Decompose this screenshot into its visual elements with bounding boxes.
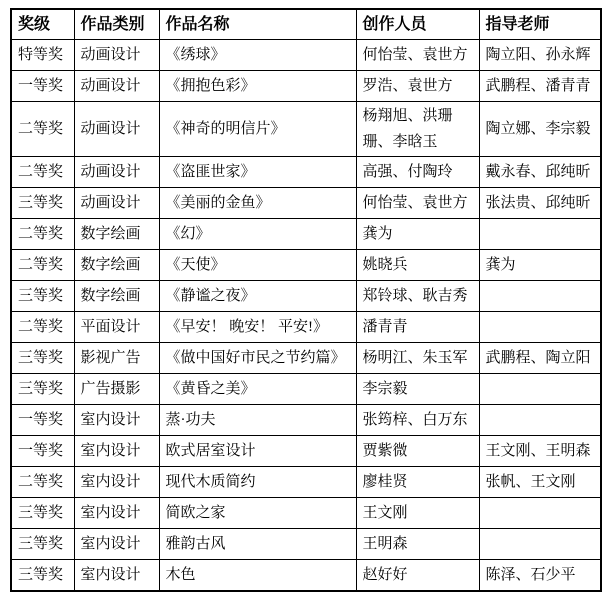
cell-advisors: 张帆、王文刚 <box>479 467 601 498</box>
table-row: 一等奖室内设计欧式居室设计贾紫微王文刚、王明森 <box>11 436 601 467</box>
cell-work-title: 雅韵古风 <box>159 529 356 560</box>
cell-advisors <box>479 374 601 405</box>
cell-creators: 杨翔旭、洪珊珊、李晗玉 <box>356 102 479 157</box>
awards-table-body: 特等奖动画设计《绣球》何怡莹、袁世方陶立阳、孙永辉一等奖动画设计《拥抱色彩》罗浩… <box>11 40 601 592</box>
cell-category: 动画设计 <box>74 157 159 188</box>
cell-category: 影视广告 <box>74 343 159 374</box>
cell-award-level: 三等奖 <box>11 281 74 312</box>
cell-award-level: 一等奖 <box>11 71 74 102</box>
awards-table: 奖级 作品类别 作品名称 创作人员 指导老师 特等奖动画设计《绣球》何怡莹、袁世… <box>10 8 602 592</box>
cell-work-title: 《绣球》 <box>159 40 356 71</box>
cell-category: 室内设计 <box>74 467 159 498</box>
cell-award-level: 二等奖 <box>11 467 74 498</box>
table-row: 三等奖影视广告《做中国好市民之节约篇》杨明江、朱玉军武鹏程、陶立阳 <box>11 343 601 374</box>
cell-award-level: 二等奖 <box>11 312 74 343</box>
table-row: 三等奖动画设计《美丽的金鱼》何怡莹、袁世方张法贵、邱纯昕 <box>11 188 601 219</box>
cell-creators: 张筠梓、白万东 <box>356 405 479 436</box>
table-row: 三等奖室内设计雅韵古风王明森 <box>11 529 601 560</box>
table-row: 一等奖动画设计《拥抱色彩》罗浩、袁世方武鹏程、潘青青 <box>11 71 601 102</box>
table-row: 二等奖数字绘画《幻》龚为 <box>11 219 601 250</box>
header-row: 奖级 作品类别 作品名称 创作人员 指导老师 <box>11 9 601 40</box>
table-row: 二等奖数字绘画《天使》姚晓兵龚为 <box>11 250 601 281</box>
cell-category: 数字绘画 <box>74 281 159 312</box>
cell-work-title: 《神奇的明信片》 <box>159 102 356 157</box>
cell-work-title: 简欧之家 <box>159 498 356 529</box>
cell-category: 室内设计 <box>74 498 159 529</box>
cell-award-level: 三等奖 <box>11 498 74 529</box>
column-header-creators: 创作人员 <box>356 9 479 40</box>
cell-advisors: 龚为 <box>479 250 601 281</box>
cell-creators: 王文刚 <box>356 498 479 529</box>
cell-award-level: 三等奖 <box>11 529 74 560</box>
cell-category: 动画设计 <box>74 188 159 219</box>
cell-advisors: 张法贵、邱纯昕 <box>479 188 601 219</box>
cell-category: 平面设计 <box>74 312 159 343</box>
cell-category: 数字绘画 <box>74 250 159 281</box>
cell-category: 室内设计 <box>74 529 159 560</box>
cell-category: 室内设计 <box>74 436 159 467</box>
table-row: 二等奖室内设计现代木质简约廖桂贤张帆、王文刚 <box>11 467 601 498</box>
cell-creators: 何怡莹、袁世方 <box>356 188 479 219</box>
cell-work-title: 《盗匪世家》 <box>159 157 356 188</box>
cell-category: 数字绘画 <box>74 219 159 250</box>
cell-creators: 贾紫微 <box>356 436 479 467</box>
table-row: 一等奖室内设计蒸·功夫张筠梓、白万东 <box>11 405 601 436</box>
cell-award-level: 二等奖 <box>11 219 74 250</box>
awards-table-container: 奖级 作品类别 作品名称 创作人员 指导老师 特等奖动画设计《绣球》何怡莹、袁世… <box>10 8 602 592</box>
cell-creators: 李宗毅 <box>356 374 479 405</box>
cell-award-level: 一等奖 <box>11 405 74 436</box>
cell-work-title: 《做中国好市民之节约篇》 <box>159 343 356 374</box>
cell-advisors <box>479 529 601 560</box>
cell-work-title: 木色 <box>159 560 356 592</box>
cell-award-level: 特等奖 <box>11 40 74 71</box>
cell-creators: 王明森 <box>356 529 479 560</box>
column-header-advisors: 指导老师 <box>479 9 601 40</box>
cell-work-title: 《黄昏之美》 <box>159 374 356 405</box>
cell-advisors: 陈泽、石少平 <box>479 560 601 592</box>
cell-advisors: 王文刚、王明森 <box>479 436 601 467</box>
cell-award-level: 一等奖 <box>11 436 74 467</box>
cell-category: 动画设计 <box>74 71 159 102</box>
cell-creators: 郑铃球、耿吉秀 <box>356 281 479 312</box>
table-row: 二等奖动画设计《神奇的明信片》杨翔旭、洪珊珊、李晗玉陶立娜、李宗毅 <box>11 102 601 157</box>
cell-category: 动画设计 <box>74 102 159 157</box>
cell-creators: 潘青青 <box>356 312 479 343</box>
cell-award-level: 三等奖 <box>11 560 74 592</box>
cell-category: 室内设计 <box>74 405 159 436</box>
table-row: 三等奖广告摄影《黄昏之美》李宗毅 <box>11 374 601 405</box>
cell-advisors: 戴永春、邱纯昕 <box>479 157 601 188</box>
cell-advisors <box>479 281 601 312</box>
cell-award-level: 三等奖 <box>11 188 74 219</box>
cell-advisors <box>479 405 601 436</box>
cell-work-title: 《早安！ 晚安！ 平安!》 <box>159 312 356 343</box>
cell-category: 室内设计 <box>74 560 159 592</box>
table-row: 二等奖平面设计《早安！ 晚安！ 平安!》潘青青 <box>11 312 601 343</box>
cell-creators: 高强、付陶玲 <box>356 157 479 188</box>
cell-work-title: 《幻》 <box>159 219 356 250</box>
cell-award-level: 二等奖 <box>11 102 74 157</box>
table-row: 三等奖室内设计木色赵好好陈泽、石少平 <box>11 560 601 592</box>
table-row: 三等奖室内设计简欧之家王文刚 <box>11 498 601 529</box>
cell-award-level: 三等奖 <box>11 343 74 374</box>
cell-work-title: 《天使》 <box>159 250 356 281</box>
table-row: 特等奖动画设计《绣球》何怡莹、袁世方陶立阳、孙永辉 <box>11 40 601 71</box>
cell-work-title: 欧式居室设计 <box>159 436 356 467</box>
cell-creators: 杨明江、朱玉军 <box>356 343 479 374</box>
cell-creators: 罗浩、袁世方 <box>356 71 479 102</box>
cell-advisors: 陶立娜、李宗毅 <box>479 102 601 157</box>
cell-award-level: 三等奖 <box>11 374 74 405</box>
cell-work-title: 《美丽的金鱼》 <box>159 188 356 219</box>
column-header-category: 作品类别 <box>74 9 159 40</box>
cell-advisors <box>479 498 601 529</box>
cell-work-title: 《拥抱色彩》 <box>159 71 356 102</box>
cell-work-title: 现代木质简约 <box>159 467 356 498</box>
cell-advisors: 武鹏程、潘青青 <box>479 71 601 102</box>
cell-advisors: 陶立阳、孙永辉 <box>479 40 601 71</box>
cell-creators: 廖桂贤 <box>356 467 479 498</box>
cell-advisors <box>479 219 601 250</box>
cell-advisors <box>479 312 601 343</box>
cell-creators: 龚为 <box>356 219 479 250</box>
column-header-work-title: 作品名称 <box>159 9 356 40</box>
column-header-award-level: 奖级 <box>11 9 74 40</box>
cell-award-level: 二等奖 <box>11 157 74 188</box>
cell-award-level: 二等奖 <box>11 250 74 281</box>
cell-creators: 姚晓兵 <box>356 250 479 281</box>
cell-advisors: 武鹏程、陶立阳 <box>479 343 601 374</box>
cell-category: 广告摄影 <box>74 374 159 405</box>
cell-creators: 赵好好 <box>356 560 479 592</box>
cell-creators: 何怡莹、袁世方 <box>356 40 479 71</box>
table-row: 三等奖数字绘画《静谧之夜》郑铃球、耿吉秀 <box>11 281 601 312</box>
table-row: 二等奖动画设计《盗匪世家》高强、付陶玲戴永春、邱纯昕 <box>11 157 601 188</box>
cell-work-title: 蒸·功夫 <box>159 405 356 436</box>
cell-category: 动画设计 <box>74 40 159 71</box>
cell-work-title: 《静谧之夜》 <box>159 281 356 312</box>
